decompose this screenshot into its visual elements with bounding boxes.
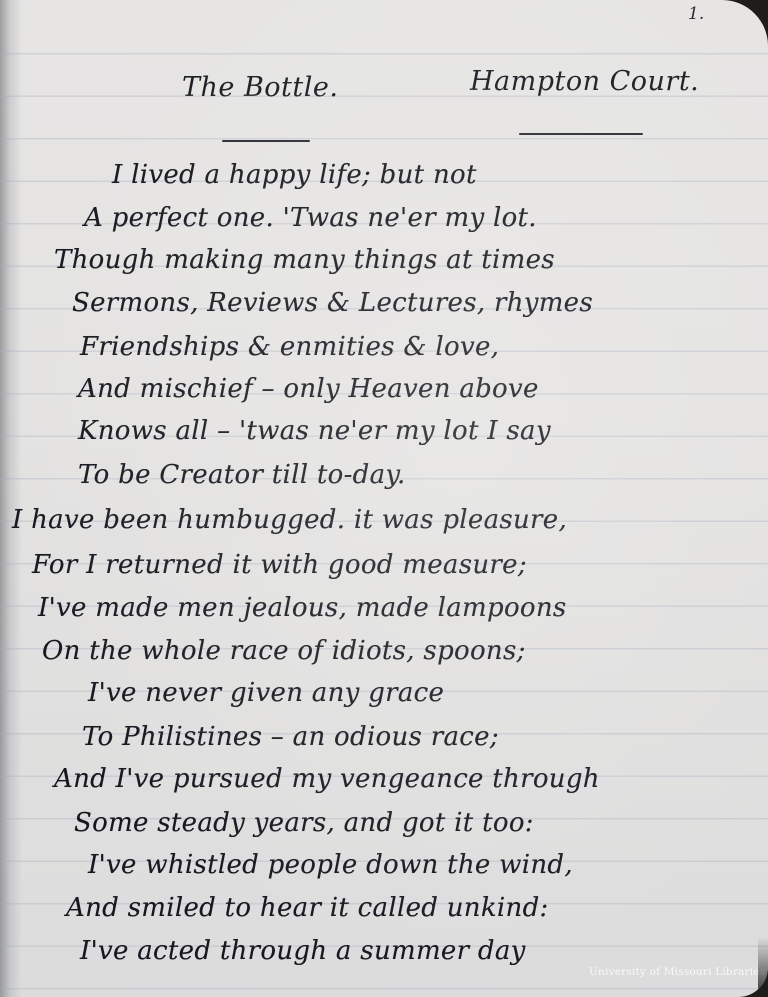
poem-body: I lived a happy life; but not A perfect … — [0, 0, 768, 997]
poem-line: To Philistines – an odious race; — [82, 722, 499, 752]
poem-line: On the whole race of idiots, spoons; — [42, 636, 526, 666]
poem-line: For I returned it with good measure; — [32, 550, 527, 580]
poem-line: I've never given any grace — [88, 678, 444, 708]
poem-line: Though making many things at times — [54, 245, 555, 275]
poem-line: And I've pursued my vengeance through — [54, 764, 600, 794]
manuscript-page: 1. The Bottle. Hampton Court. I lived a … — [0, 0, 768, 997]
poem-line: Friendships & enmities & love, — [80, 332, 499, 362]
poem-line: I've whistled people down the wind, — [88, 850, 573, 880]
poem-line: And mischief – only Heaven above — [78, 374, 539, 404]
poem-line: A perfect one. 'Twas ne'er my lot. — [84, 203, 537, 233]
poem-line: To be Creator till to-day. — [78, 460, 406, 490]
poem-line: I lived a happy life; but not — [112, 160, 477, 190]
poem-line: Sermons, Reviews & Lectures, rhymes — [72, 288, 593, 318]
poem-line: Some steady years, and got it too: — [74, 808, 534, 838]
library-watermark: University of Missouri Libraries — [589, 966, 765, 978]
page-corner-shadow — [758, 937, 768, 997]
poem-line: Knows all – 'twas ne'er my lot I say — [78, 416, 551, 446]
poem-line: I've made men jealous, made lampoons — [38, 593, 567, 623]
poem-line: I've acted through a summer day — [80, 936, 526, 966]
poem-line: And smiled to hear it called unkind: — [66, 893, 549, 923]
poem-line: I have been humbugged. it was pleasure, — [12, 505, 567, 535]
